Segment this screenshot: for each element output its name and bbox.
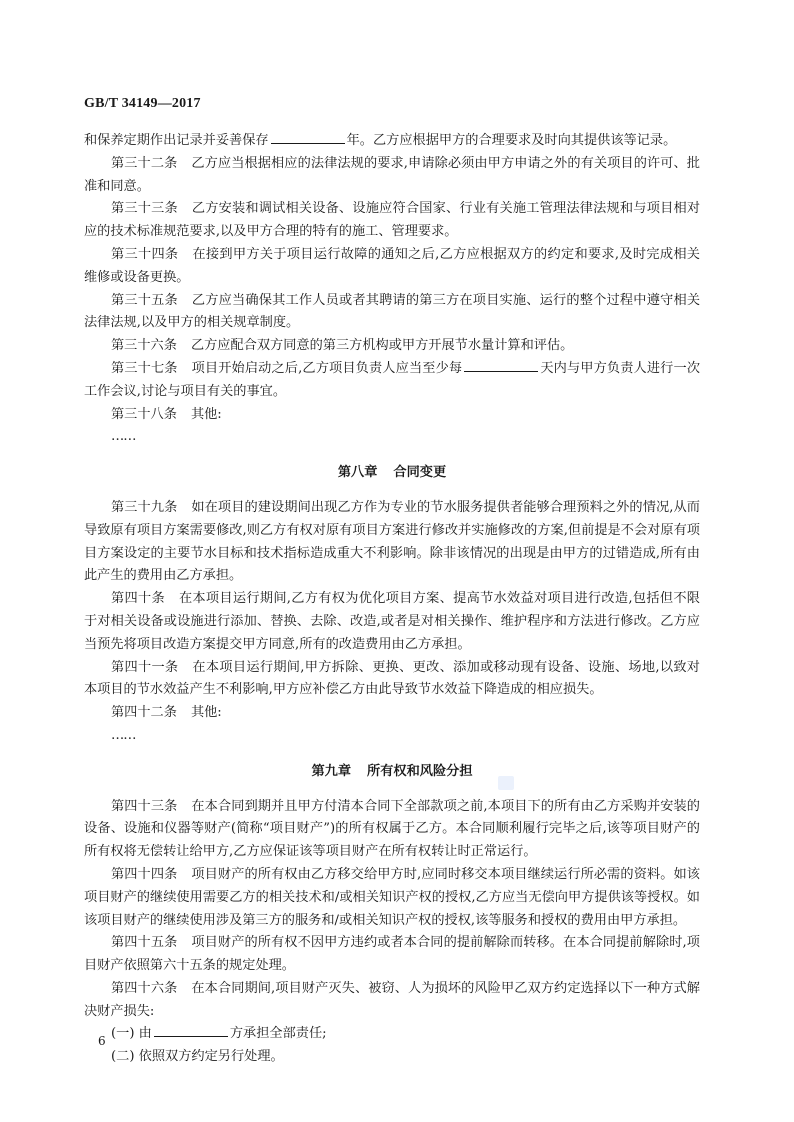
paragraph-continuation: 和保养定期作出记录并妥善保存年。乙方应根据甲方的合理要求及时向其提供该等记录。 [84,130,700,153]
article-label: 第三十九条 [111,500,177,515]
article-40: 第四十条在本项目运行期间,乙方有权为优化项目方案、提高节水效益对项目进行改造,包… [84,588,700,656]
fill-blank-party[interactable] [154,1023,228,1037]
article-42: 第四十二条其他: [84,702,700,725]
fill-blank-years[interactable] [271,130,345,144]
article-44: 第四十四条项目财产的所有权由乙方移交给甲方时,应同时移交本项目继续运行所必需的资… [84,864,700,932]
option-text: 方承担全部责任; [230,1026,327,1041]
article-label: 第四十五条 [111,935,177,950]
chapter-number: 第八章 [338,465,378,480]
text: 和保养定期作出记录并妥善保存 [84,133,269,148]
chapter-number: 第九章 [311,764,351,779]
article-34: 第三十四条在接到甲方关于项目运行故障的通知之后,乙方应根据双方的约定和要求,及时… [84,244,700,290]
article-text: 其他: [191,705,222,720]
article-text: 其他: [191,407,222,422]
option-text: (一) 由 [111,1026,152,1041]
article-38: 第三十八条其他: [84,404,700,427]
ellipsis: …… [84,426,700,449]
article-37: 第三十七条项目开始启动之后,乙方项目负责人应当至少每天内与甲方负责人进行一次工作… [84,358,700,404]
article-43: 第四十三条在本合同到期并且甲方付清本合同下全部款项之前,本项目下的所有由乙方采购… [84,796,700,864]
article-41: 第四十一条在本项目运行期间,甲方拆除、更换、更改、添加或移动现有设备、设施、场地… [84,657,700,703]
article-label: 第四十二条 [111,705,177,720]
article-text: 在本项目运行期间,乙方有权为优化项目方案、提高节水效益对项目进行改造,包括但不限… [84,591,700,652]
article-36: 第三十六条乙方应配合双方同意的第三方机构或甲方开展节水量计算和评估。 [84,335,700,358]
chapter-title: 合同变更 [393,465,446,480]
article-35: 第三十五条乙方应当确保其工作人员或者其聘请的第三方在项目实施、运行的整个过程中遵… [84,290,700,336]
article-label: 第三十八条 [111,407,177,422]
option-1: (一) 由方承担全部责任; [84,1023,700,1046]
article-label: 第三十五条 [111,293,178,308]
ellipsis: …… [84,725,700,748]
fill-blank-days[interactable] [464,358,538,372]
article-32: 第三十二条乙方应当根据相应的法律法规的要求,申请除必须由甲方申请之外的有关项目的… [84,153,700,199]
article-label: 第四十六条 [111,981,177,996]
article-39: 第三十九条如在项目的建设期间出现乙方作为专业的节水服务提供者能够合理预料之外的情… [84,497,700,588]
article-33: 第三十三条乙方安装和调试相关设备、设施应符合国家、行业有关施工管理法律法规和与项… [84,198,700,244]
article-text: 项目开始启动之后,乙方项目负责人应当至少每 [192,361,463,376]
article-text: 乙方应配合双方同意的第三方机构或甲方开展节水量计算和评估。 [191,338,573,353]
article-label: 第四十三条 [111,799,177,814]
article-label: 第四十条 [111,591,165,606]
article-label: 第三十七条 [111,361,178,376]
article-label: 第四十四条 [111,867,177,882]
option-2: (二) 依照双方约定另行处理。 [84,1046,700,1069]
article-label: 第三十二条 [111,156,177,171]
chapter-9-heading: 第九章所有权和风险分担 [84,761,700,784]
article-label: 第四十一条 [111,660,178,675]
page-number: 6 [98,1034,106,1048]
article-label: 第三十四条 [111,247,178,262]
article-46: 第四十六条在本合同期间,项目财产灭失、被窃、人为损坏的风险甲乙双方约定选择以下一… [84,978,700,1024]
article-label: 第三十六条 [111,338,177,353]
article-label: 第三十三条 [111,201,178,216]
chapter-8-heading: 第八章合同变更 [84,462,700,485]
article-45: 第四十五条项目财产的所有权不因甲方违约或者本合同的提前解除而转移。在本合同提前解… [84,932,700,978]
text: 年。乙方应根据甲方的合理要求及时向其提供该等记录。 [347,133,677,148]
standard-code: GB/T 34149—2017 [84,96,201,112]
document-body: 和保养定期作出记录并妥善保存年。乙方应根据甲方的合理要求及时向其提供该等记录。 … [84,130,700,1069]
chapter-title: 所有权和风险分担 [367,764,473,779]
watermark-mark [498,776,514,790]
